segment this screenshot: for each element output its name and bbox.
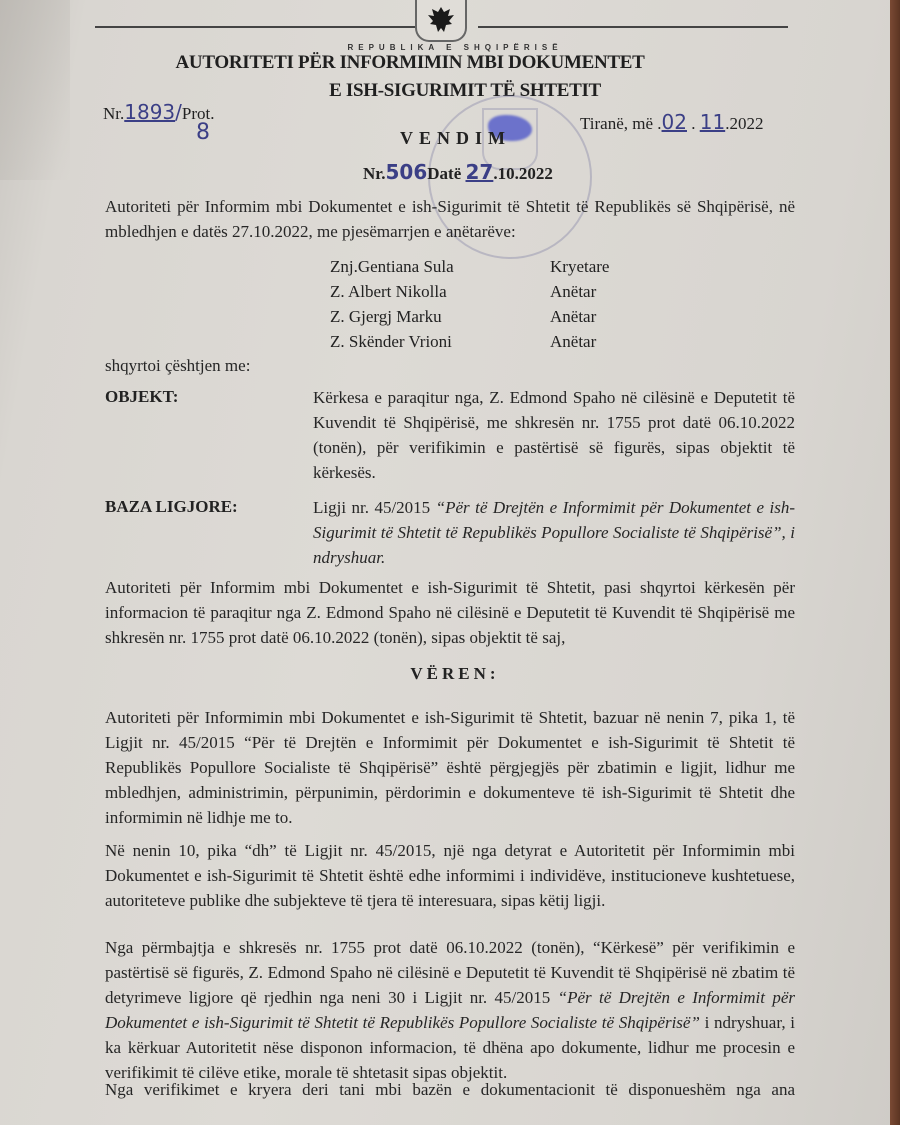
objekt-text: Kërkesa e paraqitur nga, Z. Edmond Spaho…	[313, 385, 795, 485]
republic-label: REPUBLIKA E SHQIPËRISË	[330, 43, 580, 52]
member-row: Z. Gjergj MarkuAnëtar	[330, 304, 609, 329]
baza-ligjore-text: Ligji nr. 45/2015 “Për të Drejtën e Info…	[313, 495, 795, 570]
reviewed-line: shqyrtoi çështjen me:	[105, 353, 795, 378]
header-rule-right	[478, 26, 788, 28]
member-row: Z. Skënder VrioniAnëtar	[330, 329, 609, 354]
institution-name-line1: AUTORITETI PËR INFORMIMIN MBI DOKUMENTET	[170, 52, 650, 74]
protocol-sub-handwritten: 8	[196, 120, 210, 145]
paragraph-request-content: Nga përmbajtja e shkresës nr. 1755 prot …	[105, 935, 795, 1085]
table-edge	[890, 0, 900, 1125]
members-list: Znj.Gentiana SulaKryetare Z. Albert Niko…	[330, 254, 609, 354]
objekt-label: OBJEKT:	[105, 387, 178, 407]
document-type-title: VENDIM	[400, 128, 511, 149]
member-row: Znj.Gentiana SulaKryetare	[330, 254, 609, 279]
paragraph-article-10: Në nenin 10, pika “dh” të Ligjit nr. 45/…	[105, 838, 795, 913]
date-day-handwritten: 02	[662, 110, 687, 134]
paper-fold-shadow	[0, 0, 70, 180]
paragraph-article-7: Autoriteti për Informimin mbi Dokumentet…	[105, 705, 795, 830]
institution-name-line2: E ISH-SIGURIMIT TË SHTETIT	[300, 80, 630, 102]
review-paragraph: Autoriteti për Informim mbi Dokumentet e…	[105, 575, 795, 650]
date-month-handwritten: 11	[700, 110, 725, 134]
albanian-eagle-emblem-icon	[415, 0, 467, 42]
place-date: Tiranë, më .02 . 11.2022	[580, 110, 763, 134]
decision-day-handwritten: 27	[466, 160, 494, 184]
intro-paragraph: Autoriteti për Informim mbi Dokumentet e…	[105, 194, 795, 244]
header-rule-left	[95, 26, 415, 28]
member-row: Z. Albert NikollaAnëtar	[330, 279, 609, 304]
paragraph-verifications: Nga verifikimet e kryera deri tani mbi b…	[105, 1077, 795, 1102]
decision-nr-handwritten: 506	[386, 160, 428, 184]
protocol-nr-handwritten: 1893	[124, 100, 175, 124]
veren-heading: VËREN:	[380, 664, 530, 684]
baza-ligjore-label: BAZA LIGJORE:	[105, 497, 238, 517]
decision-number-date: Nr.506Datë 27.10.2022	[363, 160, 553, 184]
